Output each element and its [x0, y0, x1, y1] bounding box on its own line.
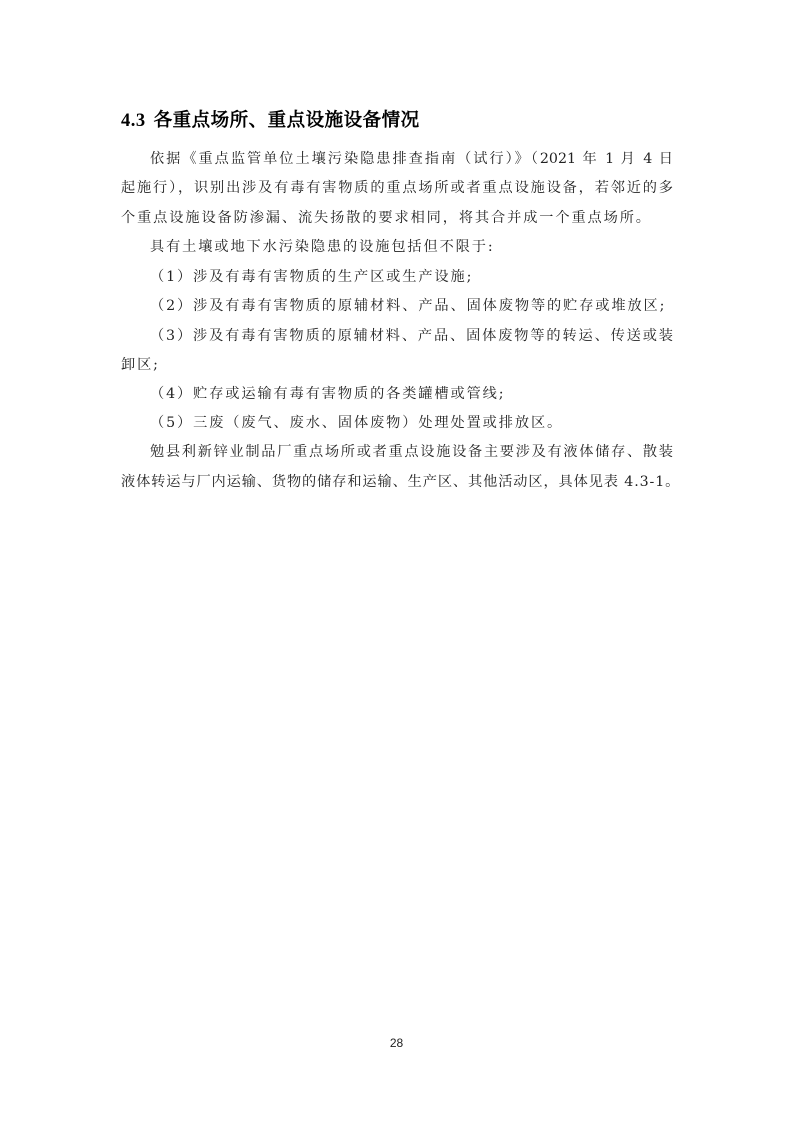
document-page: 4.3各重点场所、重点设施设备情况 依据《重点监管单位土壤污染隐患排查指南（试行… — [0, 0, 793, 1122]
page-number: 28 — [0, 1036, 793, 1050]
paragraph-line: 起施行），识别出涉及有毒有害物质的重点场所或者重点设施设备，若邻近的多 — [121, 178, 673, 198]
list-item: （3）涉及有毒有害物质的原辅材料、产品、固体废物等的转运、传送或装 — [150, 326, 673, 346]
list-item: （1）涉及有毒有害物质的生产区或生产设施; — [150, 267, 673, 287]
list-item: （5）三废（废气、废水、固体废物）处理处置或排放区。 — [150, 413, 673, 433]
paragraph-line: 液体转运与厂内运输、货物的储存和运输、生产区、其他活动区，具体见表 4.3-1。 — [121, 472, 673, 492]
list-item: （4）贮存或运输有毒有害物质的各类罐槽或管线; — [150, 384, 673, 404]
paragraph-line: 依据《重点监管单位土壤污染隐患排查指南（试行）》（2021 年 1 月 4 日 — [150, 149, 673, 169]
list-item: （2）涉及有毒有害物质的原辅材料、产品、固体废物等的贮存或堆放区; — [150, 296, 673, 316]
list-intro: 具有土壤或地下水污染隐患的设施包括但不限于: — [150, 237, 673, 257]
paragraph-line: 勉县利新锌业制品厂重点场所或者重点设施设备主要涉及有液体储存、散装 — [150, 442, 673, 462]
section-heading: 4.3各重点场所、重点设施设备情况 — [121, 106, 420, 132]
paragraph-line: 个重点设施设备防渗漏、流失扬散的要求相同，将其合并成一个重点场所。 — [121, 208, 673, 228]
list-item-continuation: 卸区; — [121, 355, 673, 375]
section-title: 各重点场所、重点设施设备情况 — [154, 110, 420, 131]
section-number: 4.3 — [121, 111, 146, 131]
